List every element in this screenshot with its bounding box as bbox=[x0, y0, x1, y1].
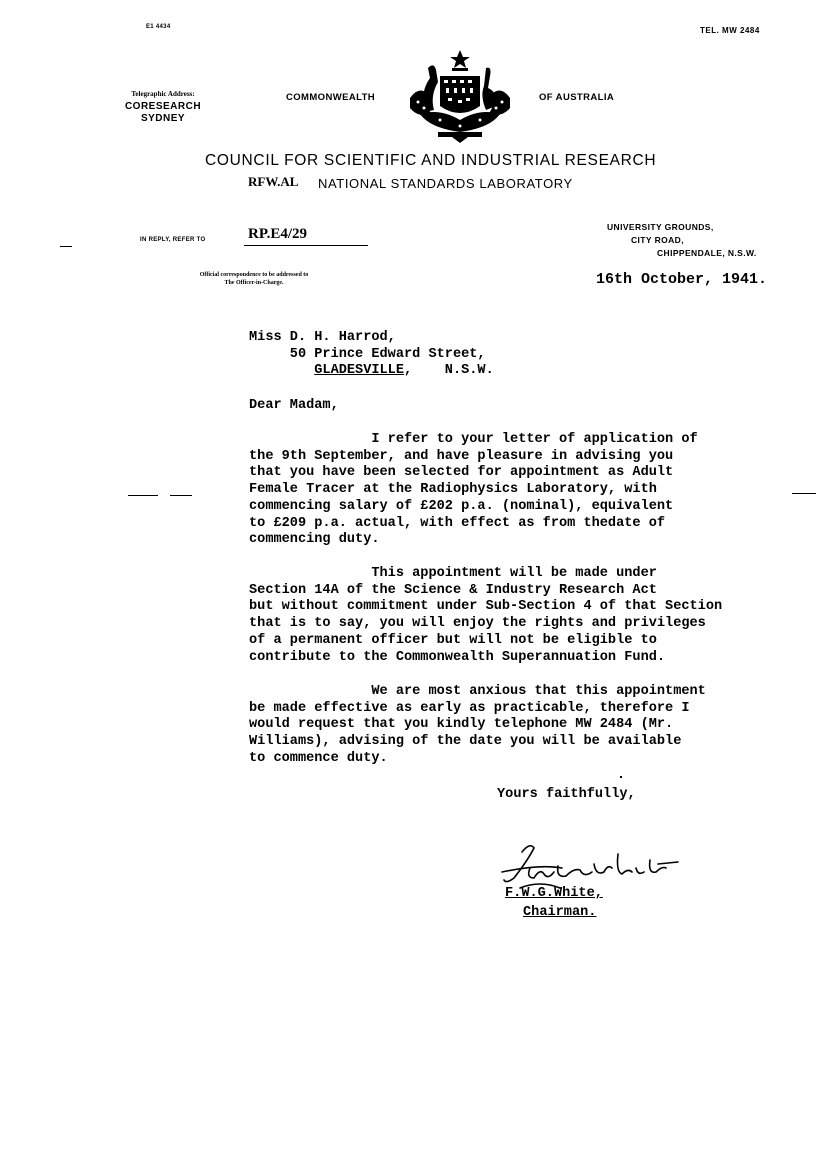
reply-reference-label: IN REPLY, REFER TO bbox=[140, 237, 205, 243]
file-initials: RFW.AL bbox=[248, 174, 298, 190]
letter-date: 16th October, 1941. bbox=[596, 271, 767, 288]
scan-artifact-mark bbox=[620, 776, 622, 778]
official-note-line-2: The Officer-in-Charge. bbox=[168, 279, 340, 287]
reply-reference-value: RP.E4/29 bbox=[248, 226, 307, 243]
scan-artifact-mark bbox=[170, 495, 192, 496]
recipient-locality: GLADESVILLE, N.S.W. bbox=[249, 363, 494, 380]
signatory-name: F.W.G.White, bbox=[505, 886, 603, 903]
of-australia-heading: OF AUSTRALIA bbox=[539, 92, 614, 103]
address-line-3: CHIPPENDALE, N.S.W. bbox=[607, 247, 757, 260]
scan-artifact-mark bbox=[128, 495, 158, 496]
recipient-name: Miss D. H. Harrod, bbox=[249, 330, 494, 347]
salutation: Dear Madam, bbox=[249, 398, 339, 415]
recipient-address: Miss D. H. Harrod, 50 Prince Edward Stre… bbox=[249, 330, 494, 380]
official-note-line-1: Official correspondence to be addressed … bbox=[168, 271, 340, 279]
telegraphic-address-city: SYDNEY bbox=[108, 113, 218, 124]
address-line-2: CITY ROAD, bbox=[607, 234, 757, 247]
signatory-title: Chairman. bbox=[523, 905, 596, 922]
body-paragraph-appointment: I refer to your letter of application of… bbox=[249, 432, 698, 549]
scan-artifact-mark bbox=[60, 246, 72, 247]
address-line-1: UNIVERSITY GROUNDS, bbox=[607, 221, 757, 234]
telegraphic-address-name: CORESEARCH bbox=[108, 101, 218, 112]
council-name-heading: COUNCIL FOR SCIENTIFIC AND INDUSTRIAL RE… bbox=[205, 152, 656, 170]
telephone-number: TEL. MW 2484 bbox=[700, 26, 760, 35]
laboratory-address: UNIVERSITY GROUNDS, CITY ROAD, CHIPPENDA… bbox=[607, 221, 757, 260]
scan-artifact-mark bbox=[792, 493, 816, 494]
body-paragraph-request: We are most anxious that this appointmen… bbox=[249, 684, 706, 768]
telegraphic-address-label: Telegraphic Address: bbox=[108, 90, 218, 98]
body-paragraph-conditions: This appointment will be made under Sect… bbox=[249, 566, 722, 666]
recipient-suburb: GLADESVILLE bbox=[314, 363, 404, 378]
commonwealth-heading: COMMONWEALTH bbox=[286, 92, 375, 103]
recipient-street: 50 Prince Edward Street, bbox=[249, 347, 494, 364]
closing-phrase: Yours faithfully, bbox=[497, 787, 636, 804]
coat-of-arms-icon bbox=[400, 48, 520, 144]
recipient-state: N.S.W. bbox=[445, 363, 494, 378]
reply-reference-underline bbox=[244, 245, 368, 246]
laboratory-name-heading: NATIONAL STANDARDS LABORATORY bbox=[318, 176, 573, 191]
official-correspondence-note: Official correspondence to be addressed … bbox=[168, 271, 340, 287]
file-reference-number: E1 4434 bbox=[146, 24, 170, 30]
